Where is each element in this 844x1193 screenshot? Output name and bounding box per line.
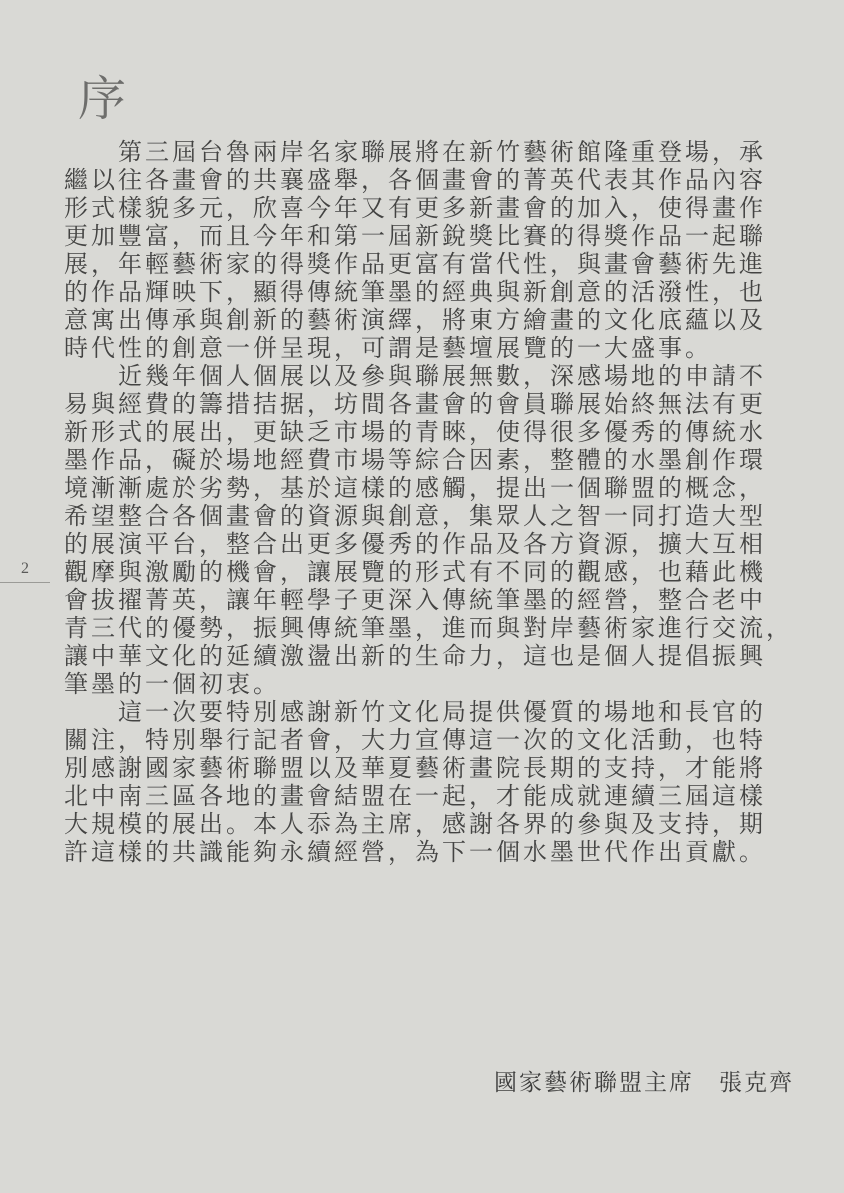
text-line: 新形式的展出，更缺乏市場的青睞，使得很多優秀的傳統水 (64, 419, 768, 447)
text-line: 第三屆台魯兩岸名家聯展將在新竹藝術館隆重登場，承 (64, 139, 768, 167)
text-line: 的作品輝映下，顯得傳統筆墨的經典與新創意的活潑性，也 (64, 279, 768, 307)
page-number-block: 2 (0, 560, 50, 583)
text-line: 近幾年個人個展以及參與聯展無數，深感場地的申請不 (64, 363, 768, 391)
text-line: 形式樣貌多元，欣喜今年又有更多新畫會的加入，使得畫作 (64, 195, 768, 223)
document-page: 序 2 第三屆台魯兩岸名家聯展將在新竹藝術館隆重登場，承 繼以往各畫會的共襄盛舉… (0, 0, 844, 1193)
text-line: 展，年輕藝術家的得獎作品更富有當代性，與畫會藝術先進 (64, 251, 768, 279)
text-line: 許這樣的共識能夠永續經營，為下一個水墨世代作出貢獻。 (64, 839, 768, 867)
text-line: 希望整合各個畫會的資源與創意，集眾人之智一同打造大型 (64, 503, 768, 531)
text-line: 更加豐富，而且今年和第一屆新銳獎比賽的得獎作品一起聯 (64, 223, 768, 251)
text-line: 意寓出傳承與創新的藝術演繹，將東方繪畫的文化底蘊以及 (64, 307, 768, 335)
text-line: 青三代的優勢，振興傳統筆墨，進而與對岸藝術家進行交流， (64, 615, 768, 643)
page-number: 2 (0, 560, 50, 578)
text-line: 筆墨的一個初衷。 (64, 671, 768, 699)
text-line: 北中南三區各地的畫會結盟在一起，才能成就連續三屆這樣 (64, 783, 768, 811)
text-line: 繼以往各畫會的共襄盛舉，各個畫會的菁英代表其作品內容 (64, 167, 768, 195)
text-line: 觀摩與激勵的機會，讓展覽的形式有不同的觀感，也藉此機 (64, 559, 768, 587)
text-line: 的展演平台，整合出更多優秀的作品及各方資源，擴大互相 (64, 531, 768, 559)
text-line: 墨作品，礙於場地經費市場等綜合因素，整體的水墨創作環 (64, 447, 768, 475)
text-line: 大規模的展出。本人忝為主席，感謝各界的參與及支持，期 (64, 811, 768, 839)
text-line: 易與經費的籌措拮据，坊間各畫會的會員聯展始終無法有更 (64, 391, 768, 419)
signature-line: 國家藝術聯盟主席 張克齊 (494, 1068, 794, 1098)
text-line: 會拔擢菁英，讓年輕學子更深入傳統筆墨的經營，整合老中 (64, 587, 768, 615)
page-number-divider (0, 582, 50, 583)
preface-body: 第三屆台魯兩岸名家聯展將在新竹藝術館隆重登場，承 繼以往各畫會的共襄盛舉，各個畫… (64, 139, 768, 867)
text-line: 別感謝國家藝術聯盟以及華夏藝術畫院長期的支持，才能將 (64, 755, 768, 783)
text-line: 關注，特別舉行記者會，大力宣傳這一次的文化活動，也特 (64, 727, 768, 755)
page-title: 序 (78, 74, 126, 126)
text-line: 這一次要特別感謝新竹文化局提供優質的場地和長官的 (64, 699, 768, 727)
text-line: 時代性的創意一併呈現，可謂是藝壇展覽的一大盛事。 (64, 335, 768, 363)
text-line: 境漸漸處於劣勢，基於這樣的感觸，提出一個聯盟的概念， (64, 475, 768, 503)
text-line: 讓中華文化的延續激盪出新的生命力，這也是個人提倡振興 (64, 643, 768, 671)
